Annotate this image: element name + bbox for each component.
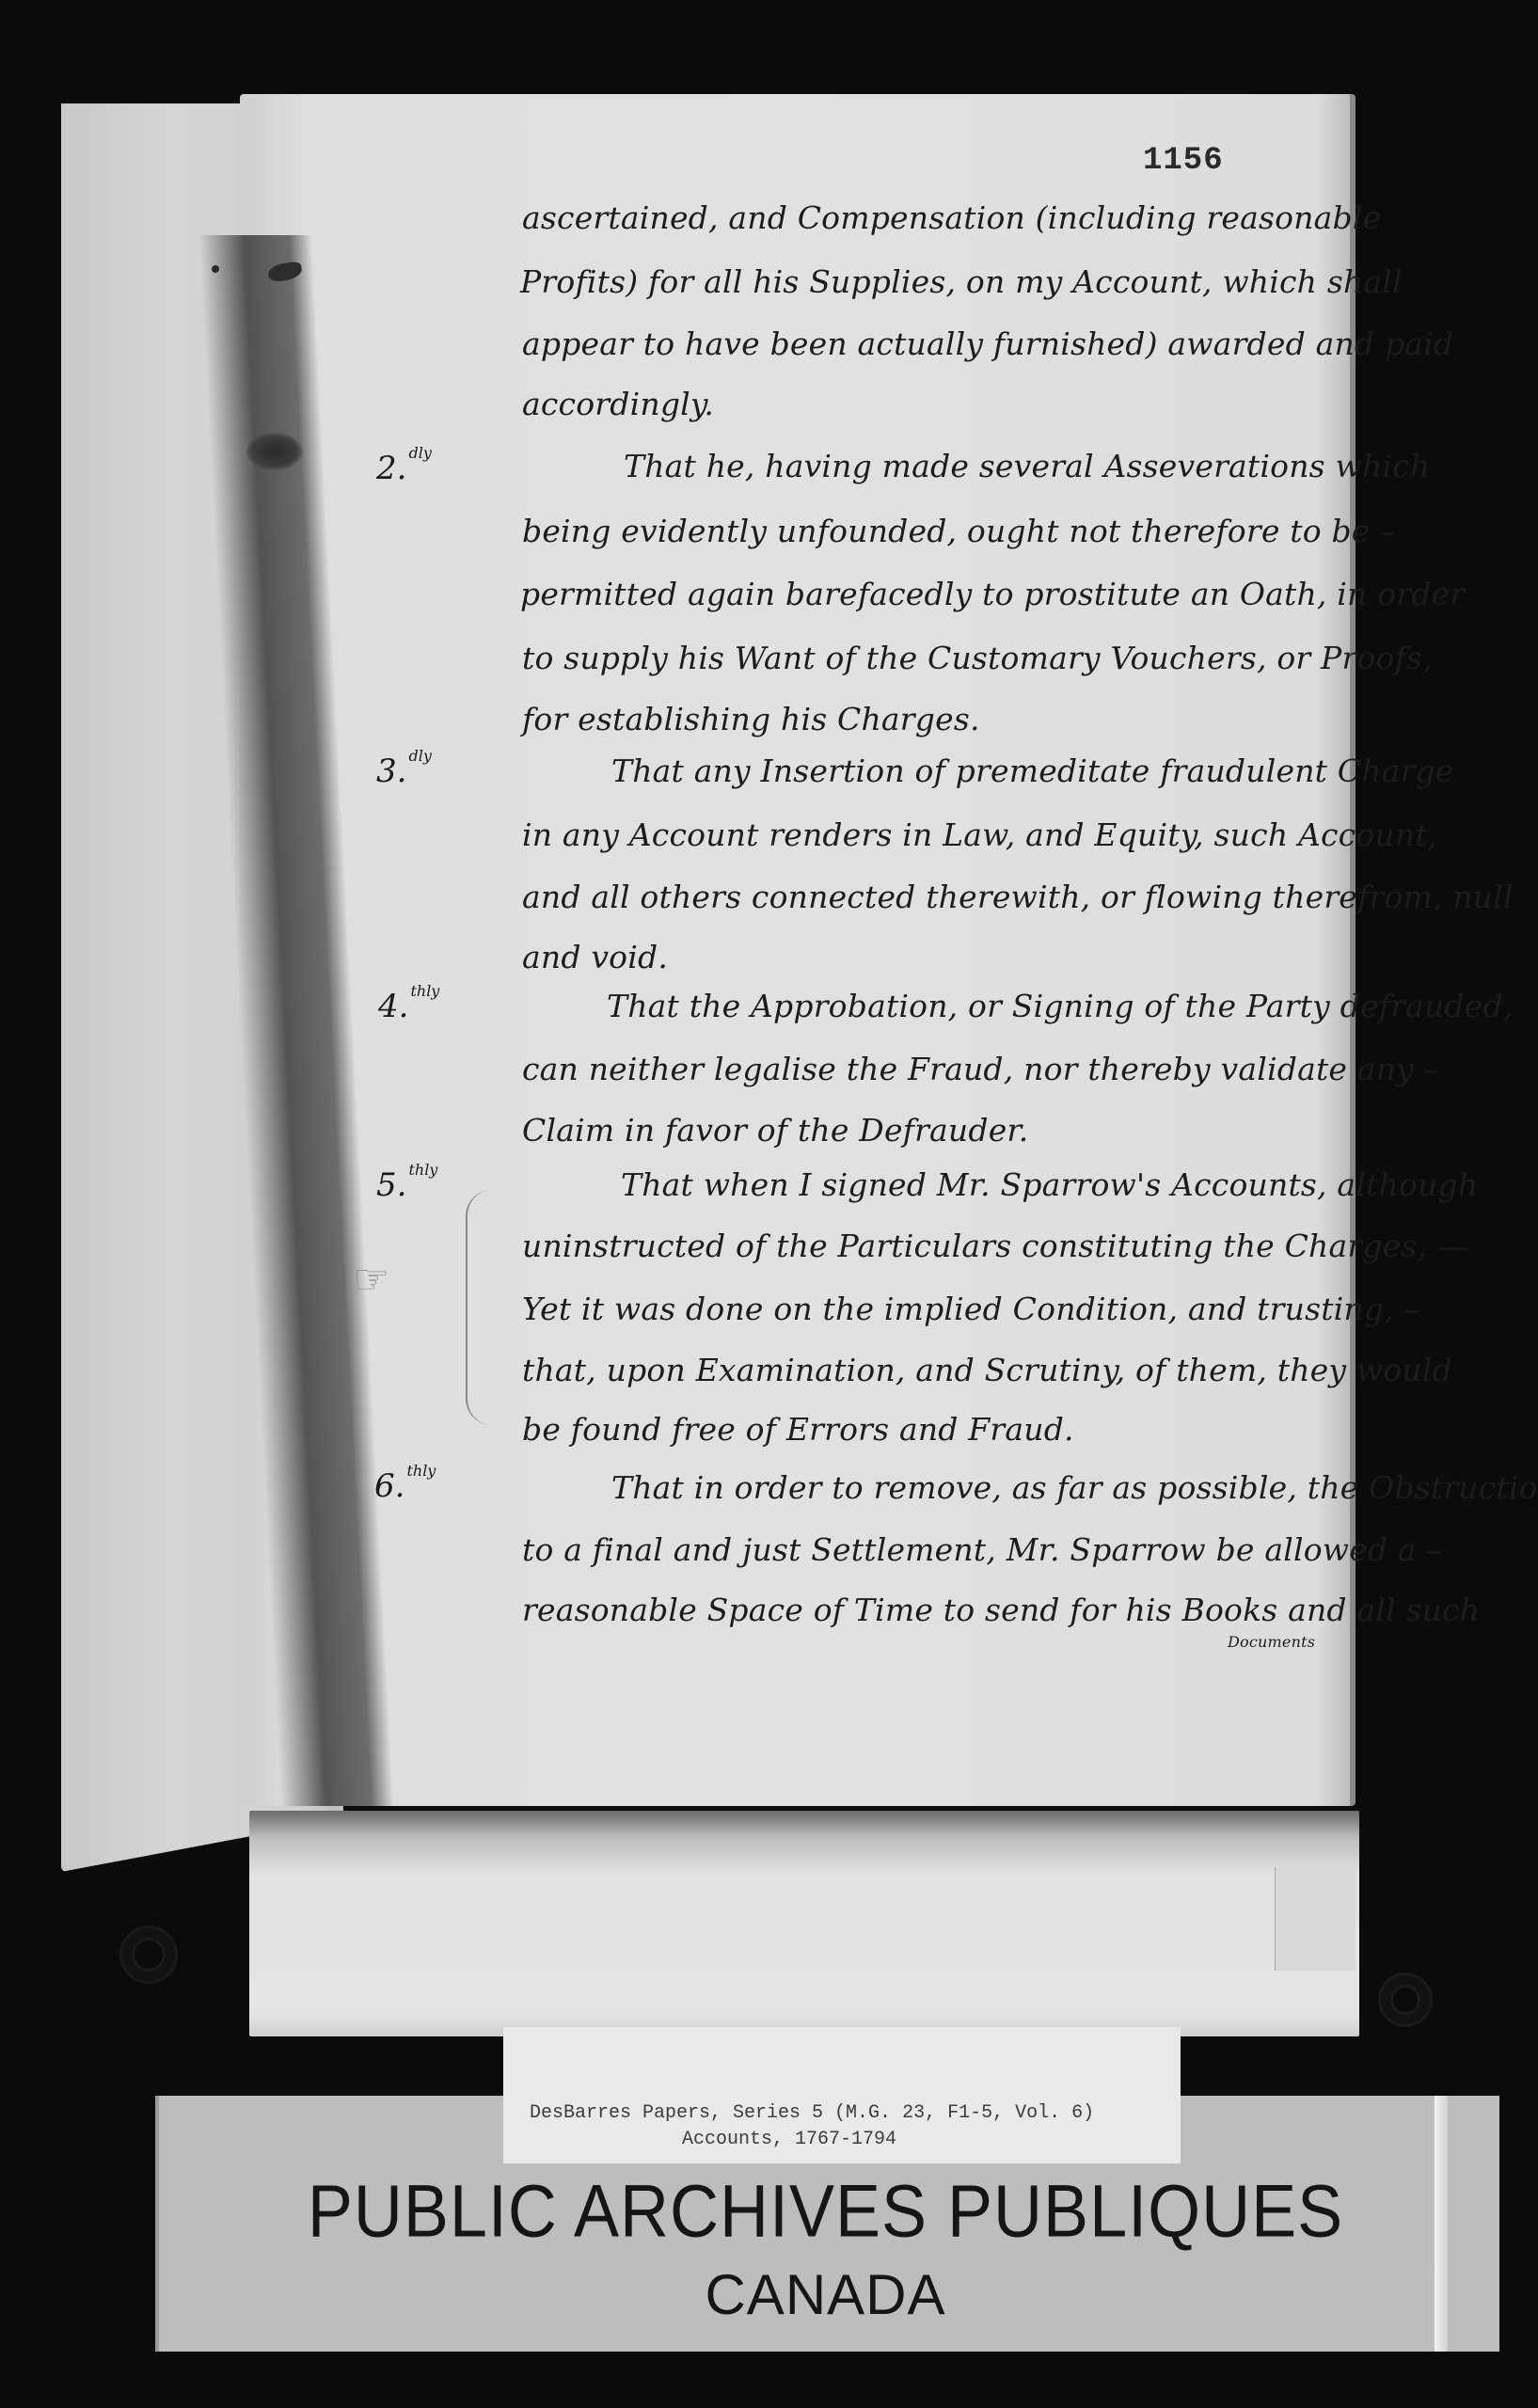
catchword: Documents <box>1228 1633 1315 1651</box>
film-artifact-ring-icon <box>1390 1985 1420 2015</box>
text-line: to a final and just Settlement, Mr. Spar… <box>522 1531 1442 1568</box>
text-line: appear to have been actually furnished) … <box>522 325 1453 362</box>
text-line: in any Account renders in Law, and Equit… <box>522 816 1438 853</box>
label-line-series: Accounts, 1767-1794 <box>682 2129 896 2150</box>
text-line: can neither legalise the Fraud, nor ther… <box>522 1051 1439 1087</box>
text-line: reasonable Space of Time to send for his… <box>522 1592 1480 1628</box>
pointing-hand-icon: ☞ <box>353 1256 389 1304</box>
text-line: for establishing his Charges. <box>522 701 980 737</box>
text-line: That in order to remove, as far as possi… <box>611 1469 1538 1506</box>
text-line: Profits) for all his Supplies, on my Acc… <box>520 263 1403 300</box>
film-artifact-ring-icon <box>132 1938 166 1972</box>
archives-title: PUBLIC ARCHIVES PUBLIQUES <box>155 2169 1496 2254</box>
folio-number: 1156 <box>1143 143 1224 179</box>
text-line: That he, having made several Asseveratio… <box>624 448 1430 484</box>
text-line: being evidently unfounded, ought not the… <box>522 513 1396 549</box>
label-line-collection: DesBarres Papers, Series 5 (M.G. 23, F1-… <box>530 2102 1094 2124</box>
text-line: to supply his Want of the Customary Vouc… <box>522 640 1433 676</box>
text-line: ascertained, and Compensation (including… <box>522 199 1381 236</box>
clause-number: 6.thly <box>374 1467 436 1505</box>
reference-label: DesBarres Papers, Series 5 (M.G. 23, F1-… <box>503 2027 1181 2163</box>
clause-number: 3.dly <box>376 752 432 790</box>
text-line: That any Insertion of premeditate fraudu… <box>611 752 1454 789</box>
paper-tab <box>1275 1867 1356 1971</box>
text-line: and all others connected therewith, or f… <box>522 879 1514 915</box>
text-line: permitted again barefacedly to prostitut… <box>520 576 1465 612</box>
text-line: That when I signed Mr. Sparrow's Account… <box>621 1166 1478 1203</box>
text-line: accordingly. <box>522 386 714 422</box>
text-line: that, upon Examination, and Scrutiny, of… <box>522 1352 1452 1388</box>
clause-number: 4.thly <box>378 988 439 1025</box>
binding-thread-knot-icon <box>246 433 303 470</box>
text-line: Claim in favor of the Defrauder. <box>522 1112 1028 1149</box>
text-line: be found free of Errors and Fraud. <box>522 1411 1074 1448</box>
text-line: That the Approbation, or Signing of the … <box>607 988 1513 1024</box>
text-line: and void. <box>522 939 668 975</box>
archives-subtitle: CANADA <box>155 2262 1496 2327</box>
text-line: uninstructed of the Particulars constitu… <box>522 1228 1468 1264</box>
clause-number: 5.thly <box>376 1166 437 1204</box>
pencil-bracket-icon <box>466 1190 492 1425</box>
text-line: Yet it was done on the implied Condition… <box>522 1291 1419 1327</box>
folded-lower-sheet <box>249 1811 1359 2036</box>
clause-number: 2.dly <box>376 450 432 487</box>
